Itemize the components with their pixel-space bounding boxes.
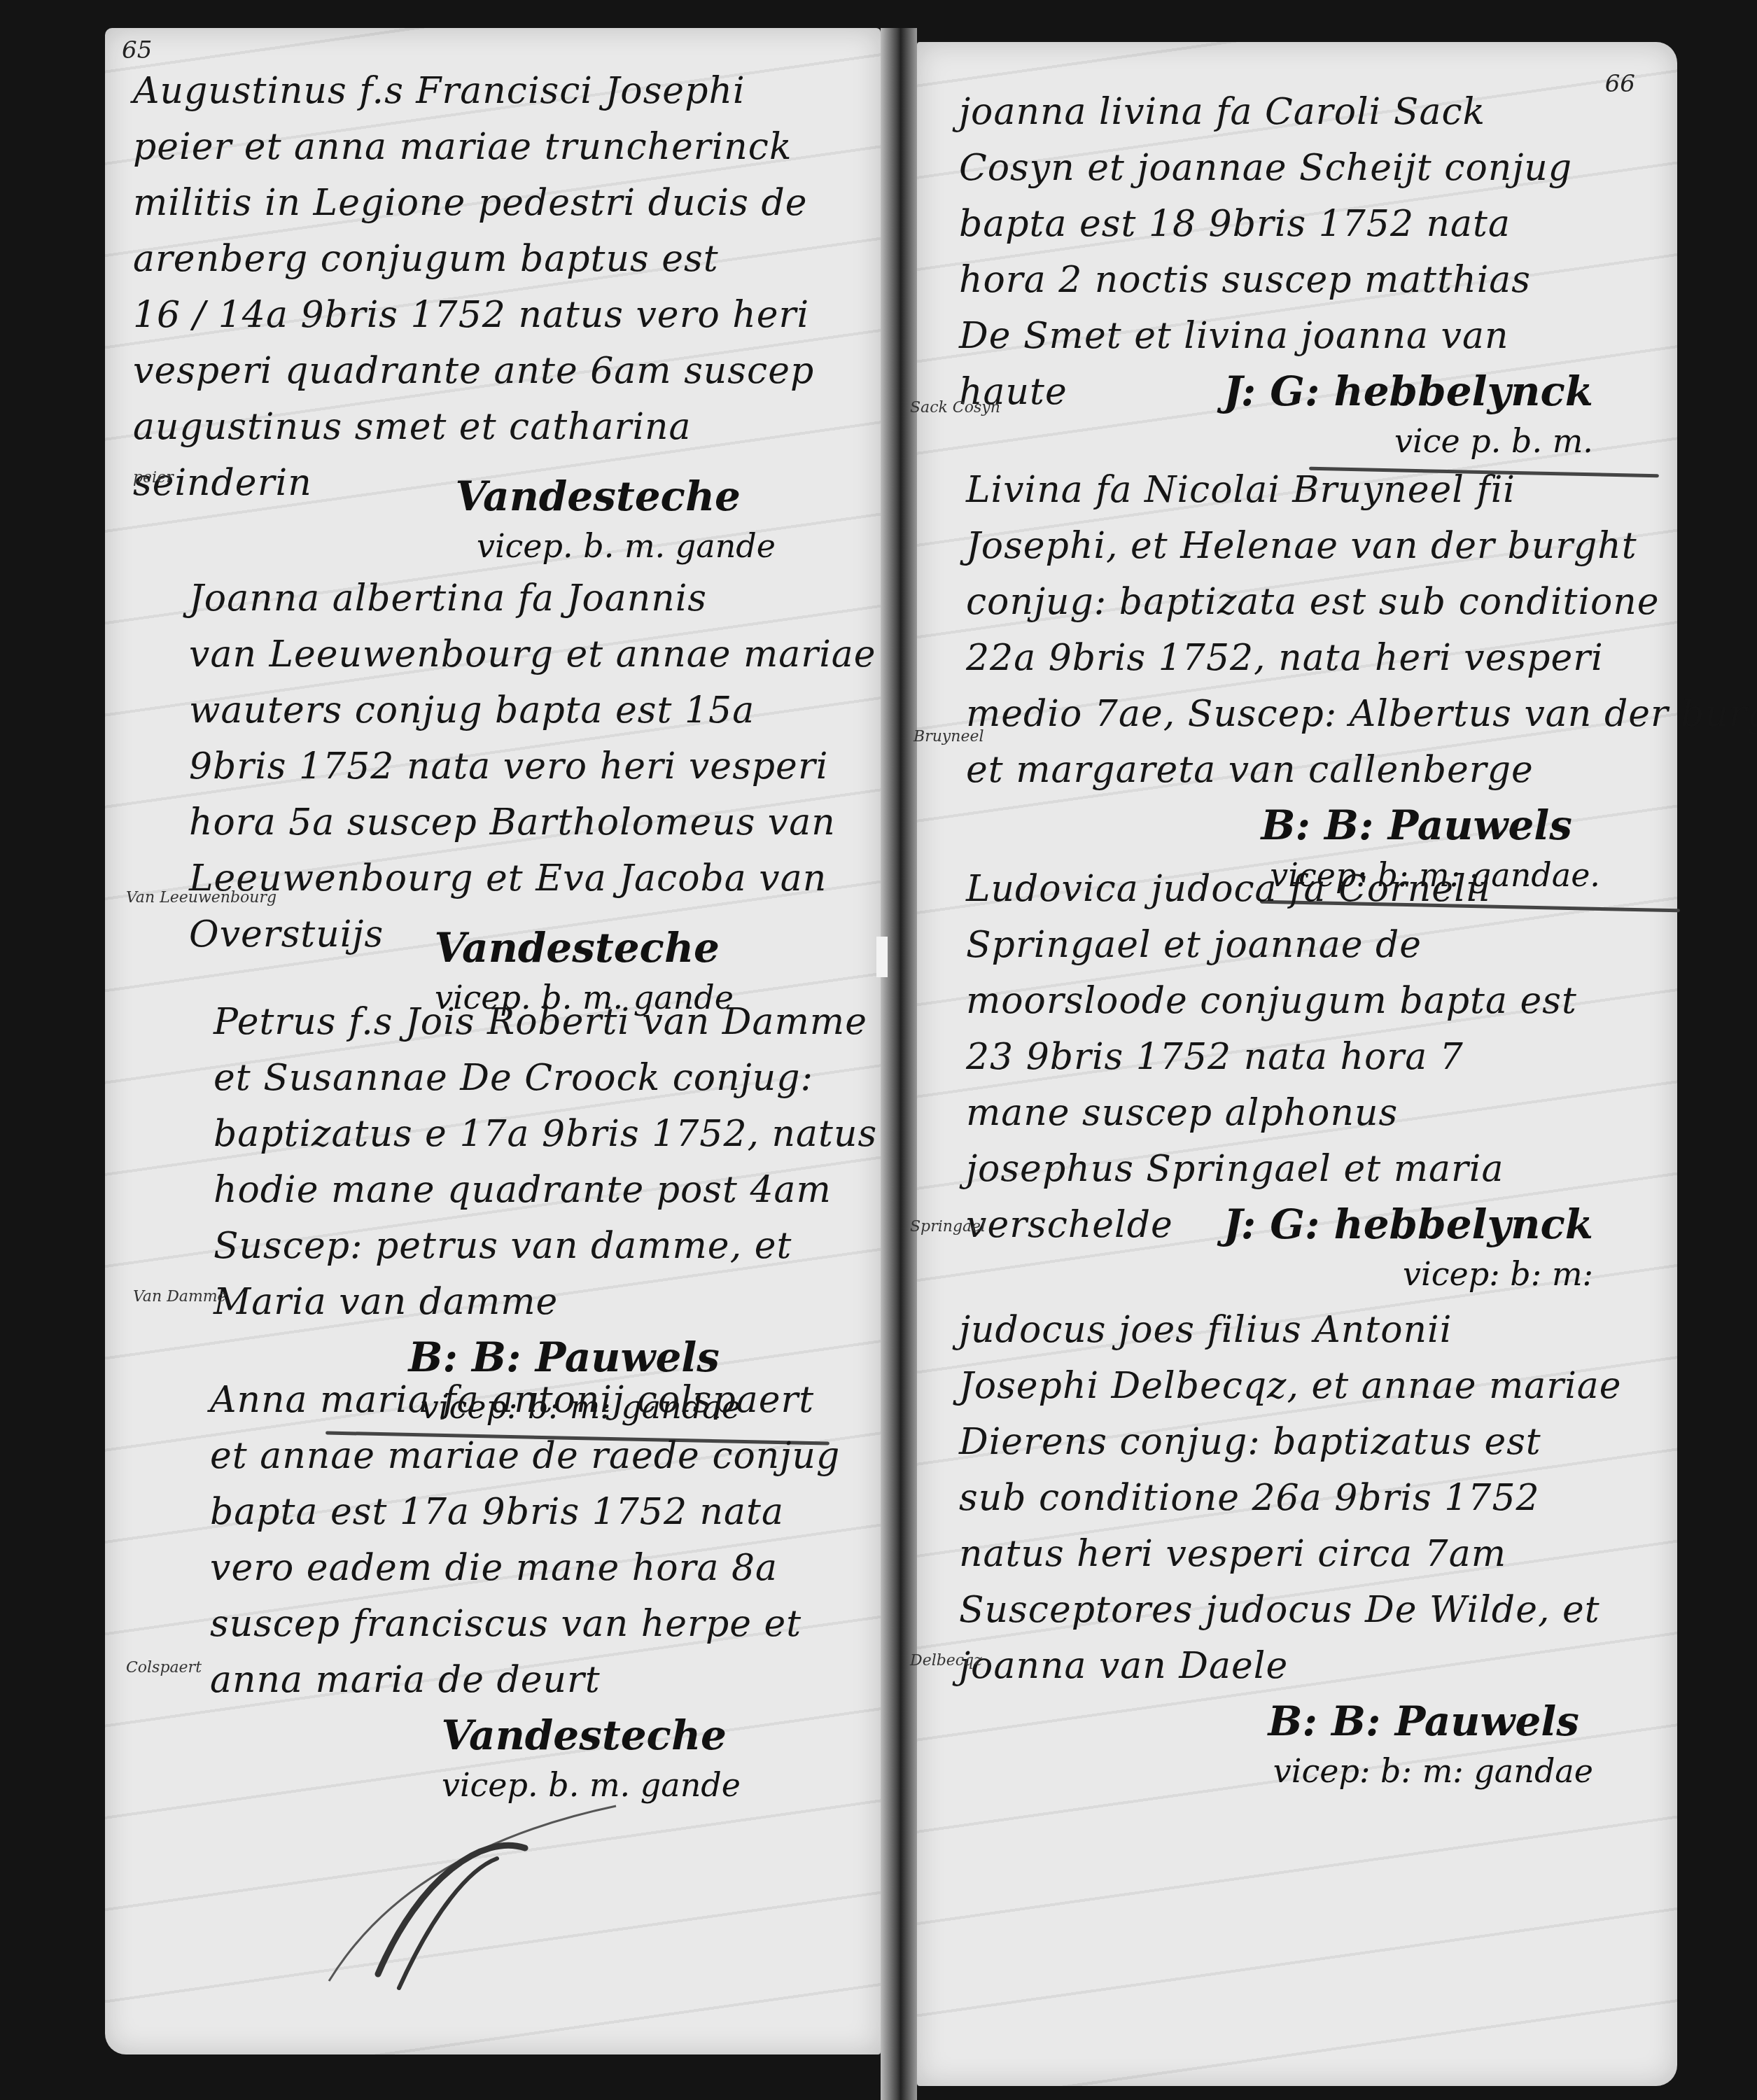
entry-line: Leeuwenbourg et Eva Jacoba van — [189, 850, 881, 906]
margin-note: peier — [133, 469, 174, 486]
entry-line: hodie mane quadrante post 4am — [213, 1162, 881, 1218]
entry-line: Susceptores judocus De Wilde, et — [959, 1582, 1677, 1638]
entry-line: sub conditione 26a 9bris 1752 — [959, 1470, 1677, 1526]
margin-note: Delbecqz — [910, 1652, 982, 1669]
entry-line: 9bris 1752 nata vero heri vesperi — [189, 738, 881, 794]
entry-line: judocus joes filius Antonii — [959, 1302, 1677, 1358]
entry-line: van Leeuwenbourg et annae mariae — [189, 626, 881, 682]
entry-line: Joanna albertina fa Joannis — [189, 570, 881, 626]
entry-line: wauters conjug bapta est 15a — [189, 682, 881, 738]
entry-line: hora 5a suscep Bartholomeus van — [189, 794, 881, 850]
entry-line: Suscep: petrus van damme, et — [213, 1218, 881, 1274]
margin-note: Sack Cosyn — [910, 399, 1000, 416]
entry-line: josephus Springael et maria — [966, 1141, 1677, 1197]
baptism-entry: joanna livina fa Caroli Sack Cosyn et jo… — [959, 84, 1677, 474]
baptism-entry: Livina fa Nicolai Bruyneel fii Josephi, … — [966, 462, 1677, 908]
entry-line: joanna livina fa Caroli Sack — [959, 84, 1677, 140]
entry-line: 16 / 14a 9bris 1752 natus vero heri — [133, 287, 881, 343]
entry-line: Augustinus f.s Francisci Josephi — [133, 63, 881, 119]
entry-line: peier et anna mariae truncherinck — [133, 119, 881, 175]
priest-signature: B: B: Pauwels — [966, 798, 1677, 853]
baptism-entry: Augustinus f.s Francisci Josephi peier e… — [133, 63, 881, 568]
entry-line: natus heri vesperi circa 7am — [959, 1526, 1677, 1582]
entry-line: Ludovica judoca fa Cornelii — [966, 861, 1677, 917]
entry-line: Cosyn et joannae Scheijt conjug — [959, 140, 1677, 196]
entry-line: medio 7ae, Suscep: Albertus van der burg… — [966, 686, 1677, 742]
entry-line: vesperi quadrante ante 6am suscep — [133, 343, 881, 399]
entry-line: vero eadem die mane hora 8a — [210, 1540, 881, 1596]
entry-line: conjug: baptizata est sub conditione — [966, 574, 1677, 630]
entry-line: 23 9bris 1752 nata hora 7 — [966, 1029, 1677, 1085]
signature-title: vicep: b: m: — [966, 1252, 1677, 1296]
signature-title: vicep. b. m. gande — [133, 524, 881, 568]
entry-line: Livina fa Nicolai Bruyneel fii — [966, 462, 1677, 518]
entry-line: baptizatus e 17a 9bris 1752, natus — [213, 1106, 881, 1162]
baptism-entry: judocus joes filius Antonii Josephi Delb… — [959, 1302, 1677, 1793]
entry-line: Maria van damme — [213, 1274, 881, 1330]
ink-flourish-icon — [301, 1792, 651, 2002]
entry-line: bapta est 18 9bris 1752 nata — [959, 196, 1677, 252]
entry-line: et margareta van callenberge — [966, 742, 1677, 798]
right-page: 66 joanna livina fa Caroli Sack Cosyn et… — [917, 42, 1677, 2086]
entry-line: suscep franciscus van herpe et — [210, 1596, 881, 1652]
entry-line: bapta est 17a 9bris 1752 nata — [210, 1484, 881, 1540]
baptism-entry: Ludovica judoca fa Cornelii Springael et… — [966, 861, 1677, 1296]
baptism-entry: Anna maria fa antonij colspaert et annae… — [210, 1372, 881, 1807]
left-page: 65 Augustinus f.s Francisci Josephi peie… — [105, 28, 881, 2054]
entry-line: moorsloode conjugum bapta est — [966, 973, 1677, 1029]
entry-line: Josephi, et Helenae van der burght — [966, 518, 1677, 574]
margin-note: Bruyneel — [913, 728, 984, 745]
page-number: 65 — [122, 36, 152, 64]
entry-line: Petrus f.s Jois Roberti van Damme — [213, 994, 881, 1050]
entry-line: arenberg conjugum baptus est — [133, 231, 881, 287]
entry-line: De Smet et livina joanna van — [959, 308, 1677, 364]
entry-line: Springael et joannae de — [966, 917, 1677, 973]
entry-line: mane suscep alphonus — [966, 1085, 1677, 1141]
entry-line: et annae mariae de raede conjug — [210, 1428, 881, 1484]
priest-signature: Vandesteche — [210, 1708, 881, 1763]
margin-note: Springael — [910, 1218, 986, 1235]
entry-line: militis in Legione pedestri ducis de — [133, 175, 881, 231]
margin-note: Van Damme — [133, 1288, 227, 1305]
entry-line: 22a 9bris 1752, nata heri vesperi — [966, 630, 1677, 686]
entry-line: Josephi Delbecqz, et annae mariae — [959, 1358, 1677, 1414]
entry-line: hora 2 noctis suscep matthias — [959, 252, 1677, 308]
entry-line: Dierens conjug: baptizatus est — [959, 1414, 1677, 1470]
entry-line: joanna van Daele — [959, 1638, 1677, 1694]
margin-note: Van Leeuwenbourg — [126, 889, 276, 906]
entry-line: augustinus smet et catharina — [133, 399, 881, 455]
entry-line: et Susannae De Croock conjug: — [213, 1050, 881, 1106]
baptism-entry: Joanna albertina fa Joannis van Leeuwenb… — [189, 570, 881, 1020]
margin-note: Colspaert — [126, 1659, 202, 1676]
page-tab — [876, 937, 888, 977]
signature-title: vicep: b: m: gandae — [959, 1749, 1677, 1793]
entry-line: Anna maria fa antonij colspaert — [210, 1372, 881, 1428]
signature-title: vice p. b. m. — [959, 419, 1677, 463]
entry-line: anna maria de deurt — [210, 1652, 881, 1708]
priest-signature: B: B: Pauwels — [959, 1694, 1677, 1749]
book-gutter — [881, 28, 917, 2100]
